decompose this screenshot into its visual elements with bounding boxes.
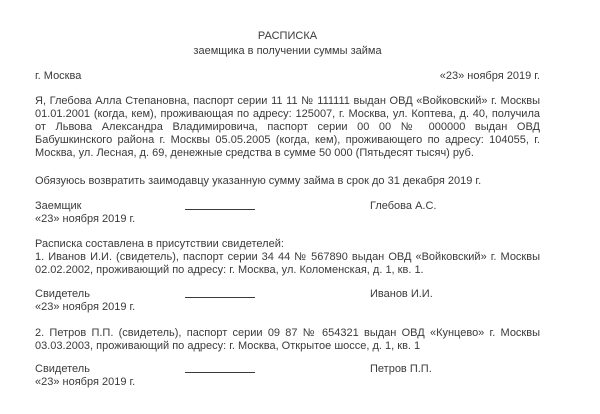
borrower-name: Глебова А.С. xyxy=(370,200,436,213)
document-page: РАСПИСКА заемщика в получении суммы займ… xyxy=(0,0,600,414)
witnesses-intro: Расписка составлена в присутствии свидет… xyxy=(35,238,540,251)
witness2-signature-line xyxy=(185,372,255,373)
witness1-label: Свидетель xyxy=(35,288,90,300)
witness2-signature-date: «23» ноября 2019 г. xyxy=(35,376,540,389)
witness1-signature-line xyxy=(185,297,255,298)
document-title: РАСПИСКА xyxy=(35,30,540,43)
witness1-name: Иванов И.И. xyxy=(370,288,433,301)
repayment-obligation: Обязуюсь возвратить заимодавцу указанную… xyxy=(35,175,540,188)
borrower-label: Заемщик xyxy=(35,200,81,212)
witness2-label: Свидетель xyxy=(35,363,90,375)
witness2-signature-row: Свидетель Петров П.П. xyxy=(35,363,540,376)
borrower-signature-line xyxy=(185,209,255,210)
document-subtitle: заемщика в получении суммы займа xyxy=(35,45,540,58)
borrower-signature-date: «23» ноября 2019 г. xyxy=(35,213,540,226)
witness1-signature-date: «23» ноября 2019 г. xyxy=(35,301,540,314)
witness2-name: Петров П.П. xyxy=(370,363,432,376)
document-city: г. Москва xyxy=(35,70,81,83)
place-date-row: г. Москва «23» ноября 2019 г. xyxy=(35,70,540,83)
witness2-details: 2. Петров П.П. (свидетель), паспорт сери… xyxy=(35,327,540,353)
witness1-details: 1. Иванов И.И. (свидетель), паспорт сери… xyxy=(35,251,540,277)
loan-receipt-body: Я, Глебова Алла Степановна, паспорт сери… xyxy=(35,95,540,160)
document-date: «23» ноября 2019 г. xyxy=(440,70,540,83)
borrower-signature-row: Заемщик Глебова А.С. xyxy=(35,200,540,213)
witness1-signature-row: Свидетель Иванов И.И. xyxy=(35,288,540,301)
